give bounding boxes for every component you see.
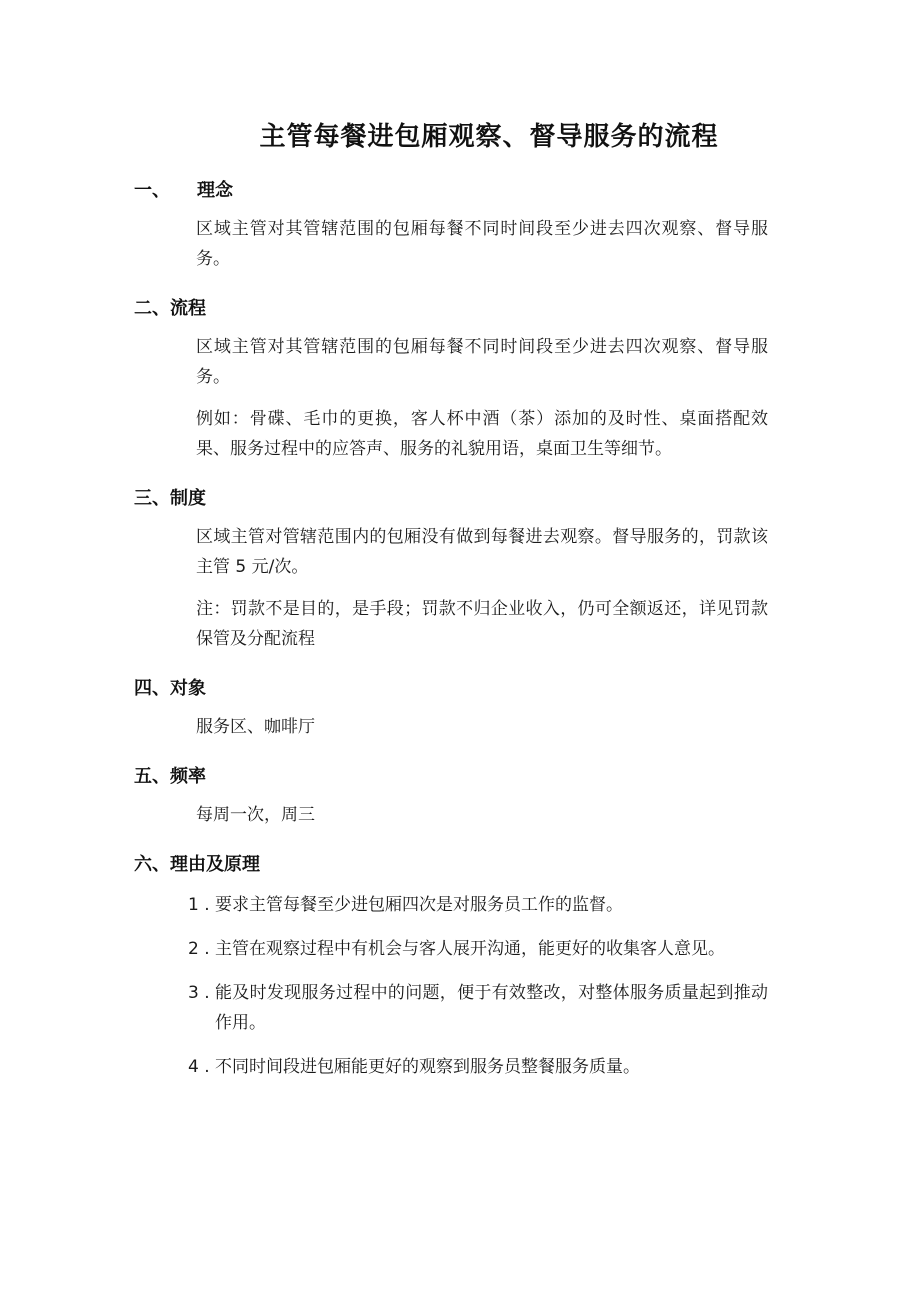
document-page: 主管每餐进包厢观察、督导服务的流程 一、 理念 区域主管对其管辖范围的包厢每餐不… <box>0 0 920 1301</box>
list-item-text: 要求主管每餐至少进包厢四次是对服务员工作的监督。 <box>215 890 768 920</box>
paragraph-pinlv: 每周一次，周三 <box>196 800 768 830</box>
paragraph-liucheng-1: 区域主管对其管辖范围的包厢每餐不同时间段至少进去四次观察、督导服务。 <box>196 332 768 392</box>
heading-label: 理由及原理 <box>170 854 260 876</box>
list-item-2: 2 . 主管在观察过程中有机会与客人展开沟通，能更好的收集客人意见。 <box>188 934 768 964</box>
heading-label: 制度 <box>170 488 206 510</box>
heading-marker: 二、 <box>134 298 170 320</box>
section-heading-duixiang: 四、 对象 <box>134 678 788 700</box>
list-item-text: 主管在观察过程中有机会与客人展开沟通，能更好的收集客人意见。 <box>215 934 768 964</box>
heading-label: 理念 <box>197 180 233 202</box>
list-item-1: 1 . 要求主管每餐至少进包厢四次是对服务员工作的监督。 <box>188 890 768 920</box>
heading-marker: 六、 <box>134 854 170 876</box>
section-heading-linian: 一、 理念 <box>134 180 788 202</box>
list-item-number: 2 . <box>188 934 215 964</box>
list-item-number: 3 . <box>188 978 215 1038</box>
section-heading-zhidu: 三、 制度 <box>134 488 788 510</box>
heading-marker: 三、 <box>134 488 170 510</box>
heading-marker: 四、 <box>134 678 170 700</box>
paragraph-zhidu-note: 注：罚款不是目的，是手段；罚款不归企业收入，仍可全额返还，详见罚款保管及分配流程 <box>196 594 768 654</box>
heading-label: 流程 <box>170 298 206 320</box>
paragraph-linian: 区域主管对其管辖范围的包厢每餐不同时间段至少进去四次观察、督导服务。 <box>196 214 768 274</box>
list-item-4: 4 . 不同时间段进包厢能更好的观察到服务员整餐服务质量。 <box>188 1052 768 1082</box>
list-item-text: 不同时间段进包厢能更好的观察到服务员整餐服务质量。 <box>215 1052 768 1082</box>
heading-marker: 一、 <box>134 180 197 202</box>
numbered-list: 1 . 要求主管每餐至少进包厢四次是对服务员工作的监督。 2 . 主管在观察过程… <box>188 890 788 1082</box>
section-heading-liucheng: 二、 流程 <box>134 298 788 320</box>
list-item-number: 4 . <box>188 1052 215 1082</box>
paragraph-duixiang: 服务区、咖啡厅 <box>196 712 768 742</box>
section-heading-liyou: 六、 理由及原理 <box>134 854 788 876</box>
list-item-3: 3 . 能及时发现服务过程中的问题，便于有效整改，对整体服务质量起到推动作用。 <box>188 978 768 1038</box>
heading-label: 频率 <box>170 766 206 788</box>
section-heading-pinlv: 五、 频率 <box>134 766 788 788</box>
page-title: 主管每餐进包厢观察、督导服务的流程 <box>134 118 788 156</box>
heading-label: 对象 <box>170 678 206 700</box>
list-item-text: 能及时发现服务过程中的问题，便于有效整改，对整体服务质量起到推动作用。 <box>215 978 768 1038</box>
heading-marker: 五、 <box>134 766 170 788</box>
paragraph-zhidu-1: 区域主管对管辖范围内的包厢没有做到每餐进去观察。督导服务的，罚款该主管 5 元/… <box>196 522 768 582</box>
list-item-number: 1 . <box>188 890 215 920</box>
paragraph-liucheng-2: 例如：骨碟、毛巾的更换，客人杯中酒（茶）添加的及时性、桌面搭配效果、服务过程中的… <box>196 404 768 464</box>
